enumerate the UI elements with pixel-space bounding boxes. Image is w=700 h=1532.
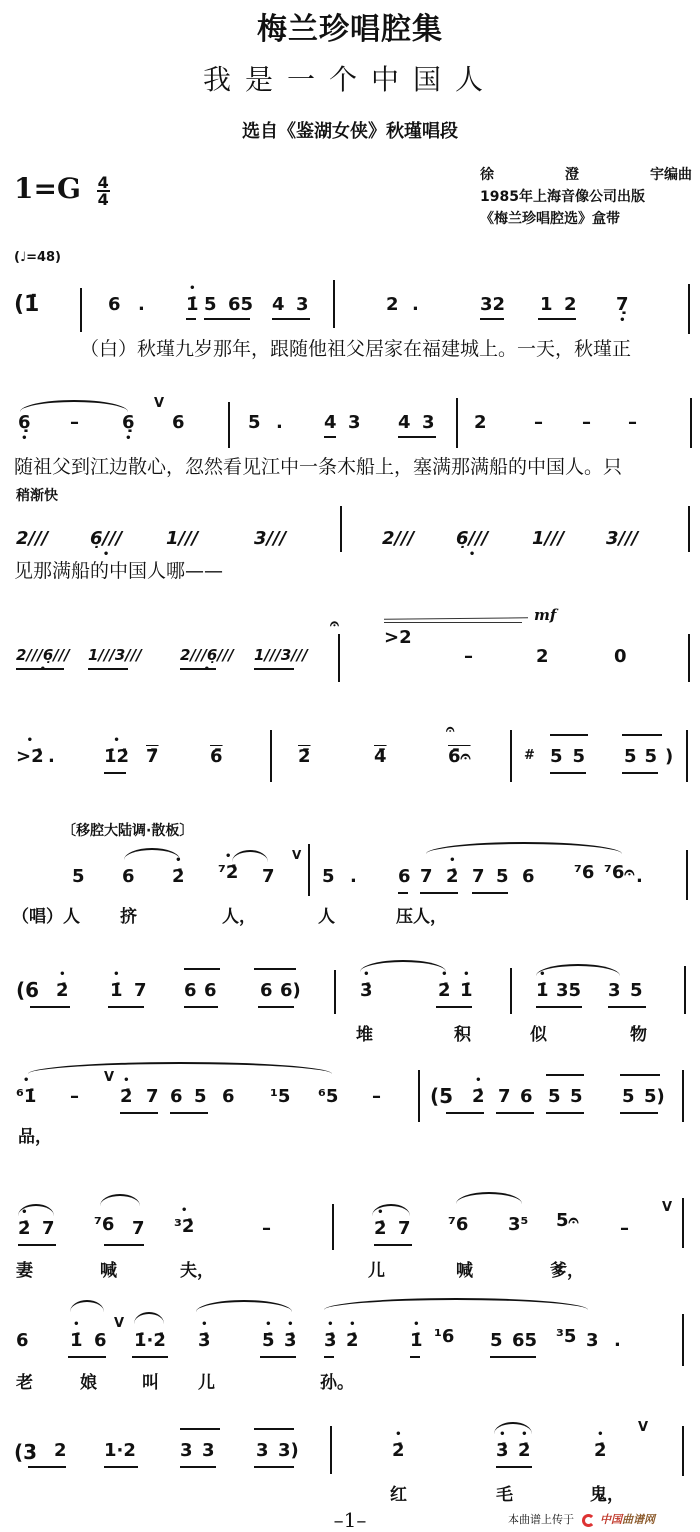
note: 3 [180,1440,193,1461]
note: – [70,412,79,433]
underline [608,1006,646,1008]
barline [456,398,458,448]
note: . [636,866,643,887]
note: 0 [614,646,627,667]
note: 2̇ [392,1440,405,1461]
underline [180,1466,216,1468]
lyric: 挤 [120,902,137,927]
note: 6 [520,1086,533,1107]
tremolo-note: 6̣/// [456,528,488,549]
note: – [464,646,473,667]
lyric: 压人， [396,902,447,927]
spoken-text: 随祖父到江边散心，忽然看见江中一条木船上，塞满那满船的中国人。只 [14,452,622,479]
note: – [582,412,591,433]
barline [332,1204,334,1250]
lyric: 娘 [80,1368,97,1393]
underline [68,1356,106,1358]
barline [688,506,690,552]
underline [472,892,508,894]
note: 7 [472,866,485,887]
grace-note: ⁷6 [94,1214,114,1235]
spoken-text: 见那满船的中国人哪—— [14,556,223,583]
underline [28,1466,66,1468]
note: 6 [260,980,273,1001]
lyric: 人， [222,902,256,927]
slur [324,1298,588,1310]
lyric: 物 [630,1020,647,1045]
note: 3̇ [284,1330,297,1351]
barline [684,966,686,1014]
system-3: 2/// 6̣/// 1/// 3/// 2/// 6̣/// 1/// 3//… [0,500,700,600]
barline [682,1314,684,1366]
barline [228,402,230,448]
note: 5 [490,1330,503,1351]
barline [688,284,690,334]
underline [374,1244,412,1246]
tremolo-bracket [254,968,296,970]
time-signature-bottom: 4 [97,192,110,207]
song-title: 我是一个中国人 [0,58,700,98]
note: 7 [132,1218,145,1239]
underline [18,1244,56,1246]
tremolo-note: 2/// [382,528,414,549]
system-6: 5 6 2̇ ⁷2̇ 7 V 5 . 6 7 2̇ 7 5 6 ⁷6 ⁷6𝄐 .… [0,840,700,920]
note: 4̄ [374,746,387,767]
sharp-symbol: # [524,748,535,763]
tremolo-note: 1///3/// [88,646,142,664]
note: 5 [496,866,509,887]
note: . [614,1330,621,1351]
system-5: >2̇ . 1̇2̇ 7̄ 6̄ 2̄ 4̄ 𝄐 6̄𝄐 # 55 55) [0,720,700,790]
lyric: 妻 [16,1256,33,1281]
barline [690,398,692,448]
composer-char-1: 徐 [480,164,494,186]
note: 6̣ [122,412,135,433]
underline [546,1112,584,1114]
note: 2̇ [18,1218,31,1239]
grace-note: ⁷2̇ [218,862,238,883]
lyric: 积 [454,1020,471,1045]
note: 6̄𝄐 [448,746,471,767]
note: 1̇ [410,1330,423,1351]
credits-block: 徐 澄 宇编曲 1985年上海音像公司出版 《梅兰珍唱腔选》盒带 [480,164,692,230]
note: 5 [322,866,335,887]
note: 2̇ [120,1086,133,1107]
underline [420,892,458,894]
lyric: 喊 [100,1256,117,1281]
underline [88,668,128,670]
note: 5̇ [262,1330,275,1351]
tremolo-bracket [180,1428,220,1430]
lyric: 红 [390,1480,407,1505]
tremolo-note: 6̣/// [90,528,122,549]
tremolo-bracket [254,1428,294,1430]
tremolo-note: 1///3/// [254,646,308,664]
note: 5 [622,1086,635,1107]
note: 6 [94,1330,107,1351]
lyric: 爹， [550,1256,584,1281]
note: 2̇ [56,980,69,1001]
note: 5 [570,1086,583,1107]
source-credit: 《梅兰珍唱腔选》盒带 [480,208,692,230]
note: 5 [248,412,261,433]
barline [330,1426,332,1474]
underline [204,318,250,320]
site-brand-part-a: 中国 [600,1513,622,1526]
note: 7 [42,1218,55,1239]
tremolo-note: 2///6̣/// [16,646,70,664]
lyric: 毛 [496,1480,513,1505]
note: 3̇ [198,1330,211,1351]
note: 6 [122,866,135,887]
note: 1̇ [460,980,473,1001]
underline [186,318,196,320]
tremolo-note: 3/// [606,528,638,549]
note: 2 [474,412,487,433]
underline [496,1112,534,1114]
note: 3⁵ [508,1214,528,1235]
slur [232,850,268,862]
underline [324,1356,334,1358]
underline [398,436,436,438]
note: 4 [398,412,411,433]
note: 2 [564,294,577,315]
note: 2̇ [346,1330,359,1351]
underline [538,318,576,320]
lyric: 孙。 [320,1368,354,1393]
note: – [620,1218,629,1239]
note: 2̇ [594,1440,607,1461]
barline [686,730,688,782]
slur [456,1192,522,1204]
lyric: 叫 [142,1368,159,1393]
note: 6 [108,294,121,315]
slur [20,400,128,412]
note: 65 [512,1330,537,1351]
note: 6) [280,980,301,1001]
breath-mark: V [638,1420,648,1435]
note: 6̣ [18,412,31,433]
note: 4 [272,294,285,315]
upload-note: 本曲谱上传于 [508,1513,574,1526]
publisher-credit: 1985年上海音像公司出版 [480,186,692,208]
note: 1̇2̇ [104,746,129,767]
underline [272,318,310,320]
note: (1̇ [14,292,39,317]
barline [418,1070,420,1122]
tremolo-note: 2///6̣/// [180,646,234,664]
breath-mark: V [114,1316,124,1331]
note: 35 [556,980,581,1001]
slur [360,960,446,972]
underline [120,1112,158,1114]
breath-mark: V [662,1200,672,1215]
grace-note: ³5 [556,1326,576,1347]
note: 1̇ [70,1330,83,1351]
underline [436,1006,472,1008]
composer-char-3: 宇编曲 [650,164,692,186]
note: 3 [608,980,621,1001]
slur [426,842,622,854]
barline [80,288,82,332]
note: 6̄ [210,746,223,767]
note: 6 [398,866,411,887]
slur [536,964,620,976]
upload-watermark: 本曲谱上传于 中国曲谱网 [508,1511,655,1527]
grace-note: ¹6 [434,1326,454,1347]
barline [682,1426,684,1476]
note: (3 [14,1440,37,1464]
underline [104,1244,144,1246]
tremolo-bracket [184,968,220,970]
note: 7 [398,1218,411,1239]
system-7: (6 2̇ 1̇ 7 6 6 6 6) 3̇ 2̇ 1̇ 1̇ 35 3 5 堆… [0,950,700,1040]
note: 3̇ [324,1330,337,1351]
tremolo-bracket [620,1074,660,1076]
tremolo-bracket [546,1074,584,1076]
note: . [276,412,283,433]
note: . [48,746,55,767]
breath-mark: V [154,396,164,411]
underline [410,1356,420,1358]
note: 5 [204,294,217,315]
note: – [262,1218,271,1239]
note-fermata: 5𝄐 [556,1210,579,1231]
note: – [534,412,543,433]
slur [100,1194,140,1206]
underline [480,318,504,320]
note: 2 [536,646,549,667]
note: 1 [540,294,553,315]
note: 3 [256,1440,269,1461]
note: 6 [16,1330,29,1351]
underline [30,1006,70,1008]
underline [104,772,126,774]
underline [398,892,408,894]
site-logo-icon [582,1514,595,1527]
lyric: 儿 [368,1256,385,1281]
barline [682,1070,684,1122]
fermata-icon: 𝄐 [446,720,454,738]
composer-char-2: 澄 [565,164,579,186]
note: 3 [586,1330,599,1351]
accent-note: >2 [384,630,412,646]
time-signature-top: 4 [97,175,110,192]
slur [196,1300,292,1312]
time-signature: 4 4 [97,175,110,207]
underline [104,1466,138,1468]
barline-dashed [308,844,310,896]
underline [622,772,658,774]
underline [490,1356,536,1358]
note: 7̣ [616,294,629,315]
slur [28,1062,332,1074]
barline [270,730,272,782]
system-11: (3 2 1·2 3 3 3 3) 2̇ 3̇ 2̇ 2̇ V 红 毛 鬼， [0,1410,700,1510]
section-marking: 〔移腔大陆调·散板〕 [62,820,193,840]
note: 5 [548,1086,561,1107]
underline [620,1112,658,1114]
underline [170,1112,208,1114]
accent-note: >2̇ [16,746,44,767]
underline [258,1006,294,1008]
tremolo-note: 2/// [16,528,48,549]
lyric: 品， [18,1122,52,1147]
lyric: 老 [16,1368,33,1393]
note: 7 [134,980,147,1001]
note: – [628,412,637,433]
composer-credit: 徐 澄 宇编曲 [480,164,692,186]
barline [338,634,340,682]
underline [254,668,294,670]
system-4: 2///6̣/// 1///3/// 2///6̣/// 1///3/// 𝄐 … [0,610,700,690]
note: 6 [184,980,197,1001]
note: 2̇ [518,1440,531,1461]
grace-note: ³2̇ [174,1216,194,1237]
note: 7 [420,866,433,887]
note: 1̇·2̇ [134,1330,166,1351]
crescendo-hairpin-top [384,617,528,620]
note: 5 [72,866,85,887]
underline [184,1006,218,1008]
note: . [412,294,419,315]
lyric: 鬼， [590,1480,624,1505]
note: 3 [202,1440,215,1461]
underline [180,668,216,670]
note: 7̄ [146,746,159,767]
note: – [70,1086,79,1107]
note: (5 [430,1084,453,1108]
note: 6 [222,1086,235,1107]
note: 32 [480,294,505,315]
note: 2 [54,1440,67,1461]
breath-mark: V [292,848,301,862]
dynamic-marking: mf [534,606,556,624]
note: 3 [296,294,309,315]
barline [682,1198,684,1248]
grace-note: ¹5 [270,1086,290,1107]
note-group: 55 [550,746,595,767]
note: 2̇ [472,1086,485,1107]
system-9: 2̇ 7 ⁷6 7 ³2̇ – 2̇ 7 ⁷6 3⁵ 5𝄐 – V 妻 喊 夫，… [0,1180,700,1280]
note: – [372,1086,381,1107]
tremolo-bracket [550,734,588,736]
breath-mark: V [104,1070,114,1085]
lyric: 似 [530,1020,547,1045]
note: 4 [324,412,337,433]
note: . [350,866,357,887]
note: 65 [228,294,253,315]
note: 7 [262,866,275,887]
underline [324,436,336,438]
note: 2̄ [298,746,311,767]
lyric: 喊 [456,1256,473,1281]
key-label: 1=G [14,172,81,205]
note: 5 [194,1086,207,1107]
system-1: (1̇ 6 . 1̇ 5 65 4 3 2 . 32 1 2 7̣ （白）秋瑾九… [0,270,700,380]
note: 6 [204,980,217,1001]
system-2: 6̣ – 6̣ V 6 5 . 4 3 4 3 2 – – – 随祖父到江边散心… [0,380,700,490]
lyric: 人 [318,902,335,927]
note: 3) [278,1440,299,1461]
lyric: 堆 [356,1020,373,1045]
grace-note-fermata: ⁷6𝄐 [604,862,634,883]
underline [536,1006,582,1008]
barline [333,280,335,328]
underline [108,1006,144,1008]
system-8: ⁶1̇ – V 2̇ 7 6 5 6 ¹5 ⁶5 – (5 2̇ 7 6 5 5… [0,1060,700,1150]
barline [334,970,336,1014]
note: 3̇ [496,1440,509,1461]
underline [446,1112,484,1114]
lyric: 儿 [198,1368,215,1393]
crescendo-hairpin-bottom [384,622,522,623]
tremolo-note: 3/// [254,528,286,549]
barline [340,506,342,552]
underline [550,772,586,774]
note: 2̇ [374,1218,387,1239]
note: 3̇ [360,980,373,1001]
note: 1̇ [186,294,199,315]
grace-note: ⁷6 [448,1214,468,1235]
note: 1̇ [110,980,123,1001]
note: 7 [146,1086,159,1107]
note: 6 [170,1086,183,1107]
underline [260,1356,296,1358]
grace-note: ⁶1̇ [16,1086,36,1107]
note: 3 [422,412,435,433]
collection-title: 梅兰珍唱腔集 [0,4,700,48]
slur [134,1312,164,1324]
note: 2̇ [172,866,185,887]
note: 2̇ [438,980,451,1001]
slur [70,1300,104,1312]
barline [686,850,688,900]
note: 2̇ [446,866,459,887]
underline [496,1466,532,1468]
note: 7 [498,1086,511,1107]
song-subtitle: 选自《鉴湖女侠》秋瑾唱段 [0,117,700,143]
note-group: 55) [624,746,681,767]
underline [16,668,64,670]
slur [124,848,180,860]
lyric: （唱）人 [12,902,80,927]
note: 2 [386,294,399,315]
note: 5 [630,980,643,1001]
note: 1̇ [536,980,549,1001]
note: 1·2 [104,1440,136,1461]
tremolo-bracket [622,734,662,736]
grace-note: ⁷6 [574,862,594,883]
tremolo-note: 1/// [166,528,198,549]
barline [510,968,512,1014]
note: 6 [172,412,185,433]
barline [688,634,690,682]
key-signature: 1=G 4 4 [14,172,110,207]
fermata-icon: 𝄐 [330,614,339,634]
note: . [138,294,145,315]
barline [510,730,512,782]
lyric: 夫， [180,1256,214,1281]
system-10: 6 1̇ 6 V 1̇·2̇ 3̇ 5̇ 3̇ 3̇ 2̇ 1̇ ¹6 5 65… [0,1290,700,1390]
tempo-marking: (♩=48) [14,250,61,265]
grace-note: ⁶5 [318,1086,338,1107]
note: (6 [16,978,39,1002]
note: 3 [348,412,361,433]
underline [132,1356,168,1358]
tremolo-note: 1/// [532,528,564,549]
site-brand-part-b: 曲谱网 [622,1513,655,1526]
